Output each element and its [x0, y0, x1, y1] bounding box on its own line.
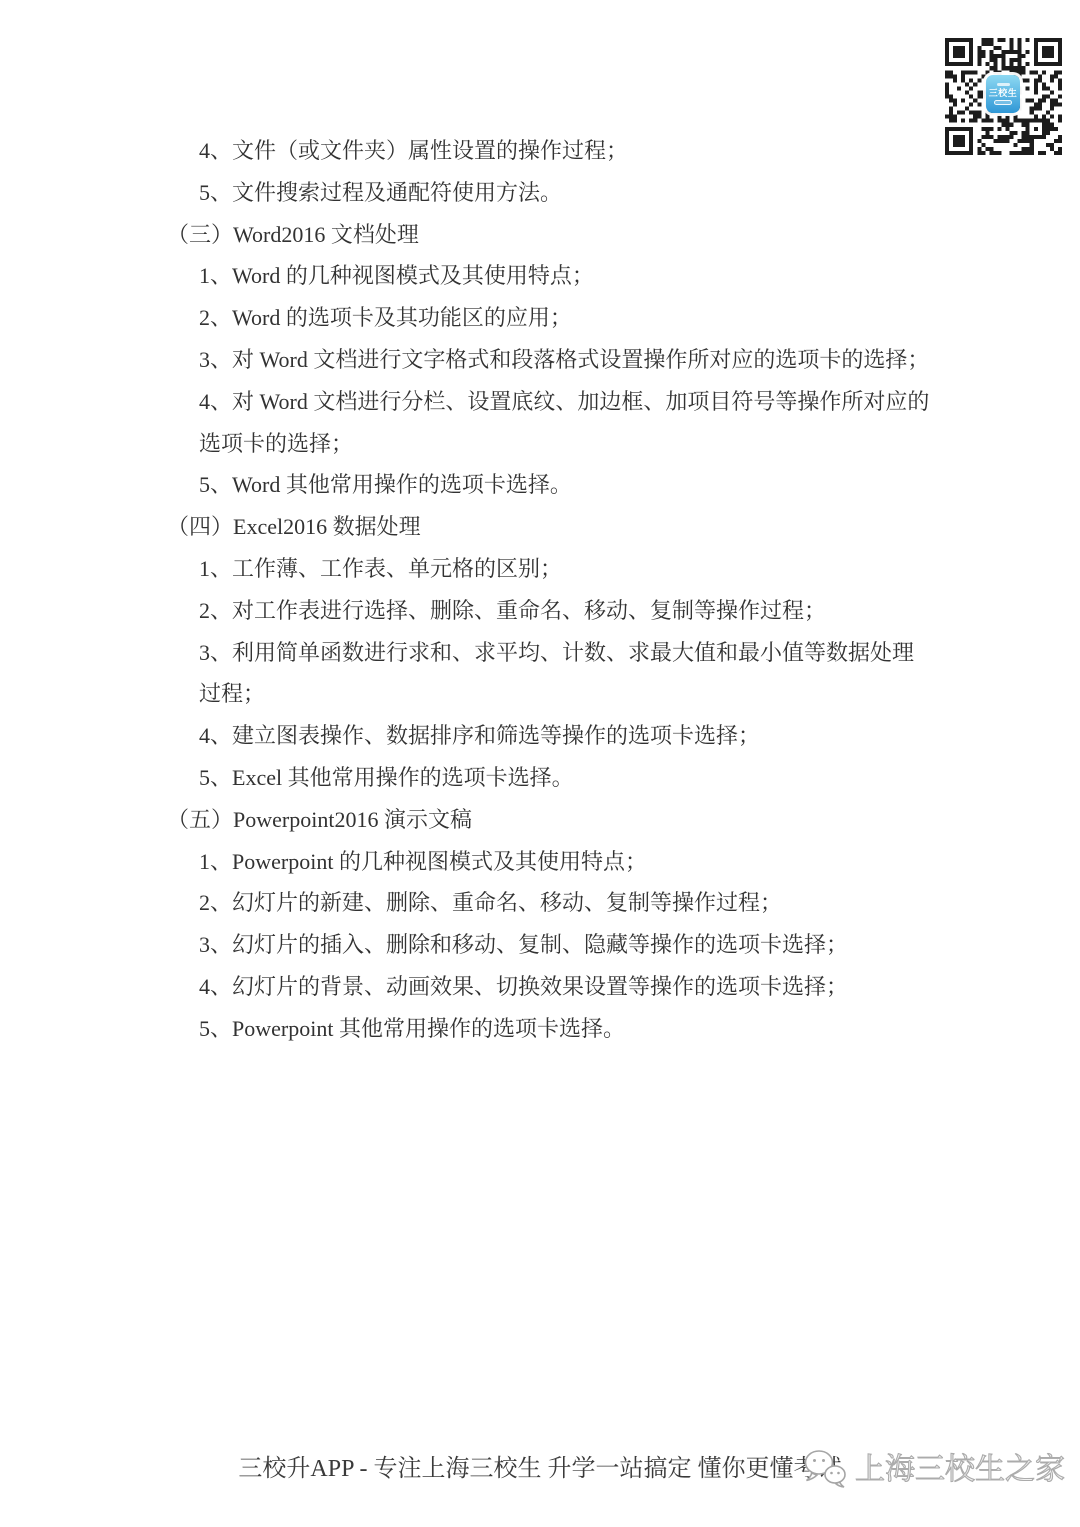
document-line: 4、对 Word 文档进行分栏、设置底纹、加边框、加项目符号等操作所对应的	[0, 381, 929, 423]
document-line: （四）Excel2016 数据处理	[0, 506, 929, 548]
document-line: 2、对工作表进行选择、删除、重命名、移动、复制等操作过程；	[0, 590, 929, 632]
document-line: 3、幻灯片的插入、删除和移动、复制、隐藏等操作的选项卡选择；	[0, 924, 929, 966]
document-line: 5、Excel 其他常用操作的选项卡选择。	[0, 757, 929, 799]
document-line: 2、幻灯片的新建、删除、重命名、移动、复制等操作过程；	[0, 882, 929, 924]
qr-code: 三校生	[945, 38, 1062, 155]
document-page: 三校生 4、文件（或文件夹）属性设置的操作过程；5、文件搜索过程及通配符使用方法…	[0, 0, 1080, 1527]
wechat-icon	[802, 1446, 848, 1494]
document-body: 4、文件（或文件夹）属性设置的操作过程；5、文件搜索过程及通配符使用方法。（三）…	[0, 130, 929, 1050]
document-line: （五）Powerpoint2016 演示文稿	[0, 799, 929, 841]
document-line: 1、Powerpoint 的几种视图模式及其使用特点；	[0, 841, 929, 883]
document-line: 选项卡的选择；	[0, 423, 929, 465]
qr-logo: 三校生	[986, 75, 1020, 113]
watermark-text: 上海三校生之家	[855, 1447, 1065, 1493]
watermark: 上海三校生之家	[802, 1446, 1065, 1494]
document-line: 4、建立图表操作、数据排序和筛选等操作的选项卡选择；	[0, 715, 929, 757]
document-line: （三）Word2016 文档处理	[0, 214, 929, 256]
document-line: 2、Word 的选项卡及其功能区的应用；	[0, 297, 929, 339]
document-line: 1、Word 的几种视图模式及其使用特点；	[0, 255, 929, 297]
qr-logo-tiny-text	[997, 83, 1010, 86]
qr-logo-banner	[994, 100, 1012, 105]
document-line: 5、Powerpoint 其他常用操作的选项卡选择。	[0, 1008, 929, 1050]
document-line: 4、文件（或文件夹）属性设置的操作过程；	[0, 130, 929, 172]
qr-logo-label: 三校生	[989, 88, 1018, 98]
document-line: 5、Word 其他常用操作的选项卡选择。	[0, 464, 929, 506]
document-line: 3、对 Word 文档进行文字格式和段落格式设置操作所对应的选项卡的选择；	[0, 339, 929, 381]
document-line: 3、利用简单函数进行求和、求平均、计数、求最大值和最小值等数据处理	[0, 632, 929, 674]
document-line: 1、工作薄、工作表、单元格的区别；	[0, 548, 929, 590]
document-line: 4、幻灯片的背景、动画效果、切换效果设置等操作的选项卡选择；	[0, 966, 929, 1008]
document-line: 5、文件搜索过程及通配符使用方法。	[0, 172, 929, 214]
document-line: 过程；	[0, 673, 929, 715]
